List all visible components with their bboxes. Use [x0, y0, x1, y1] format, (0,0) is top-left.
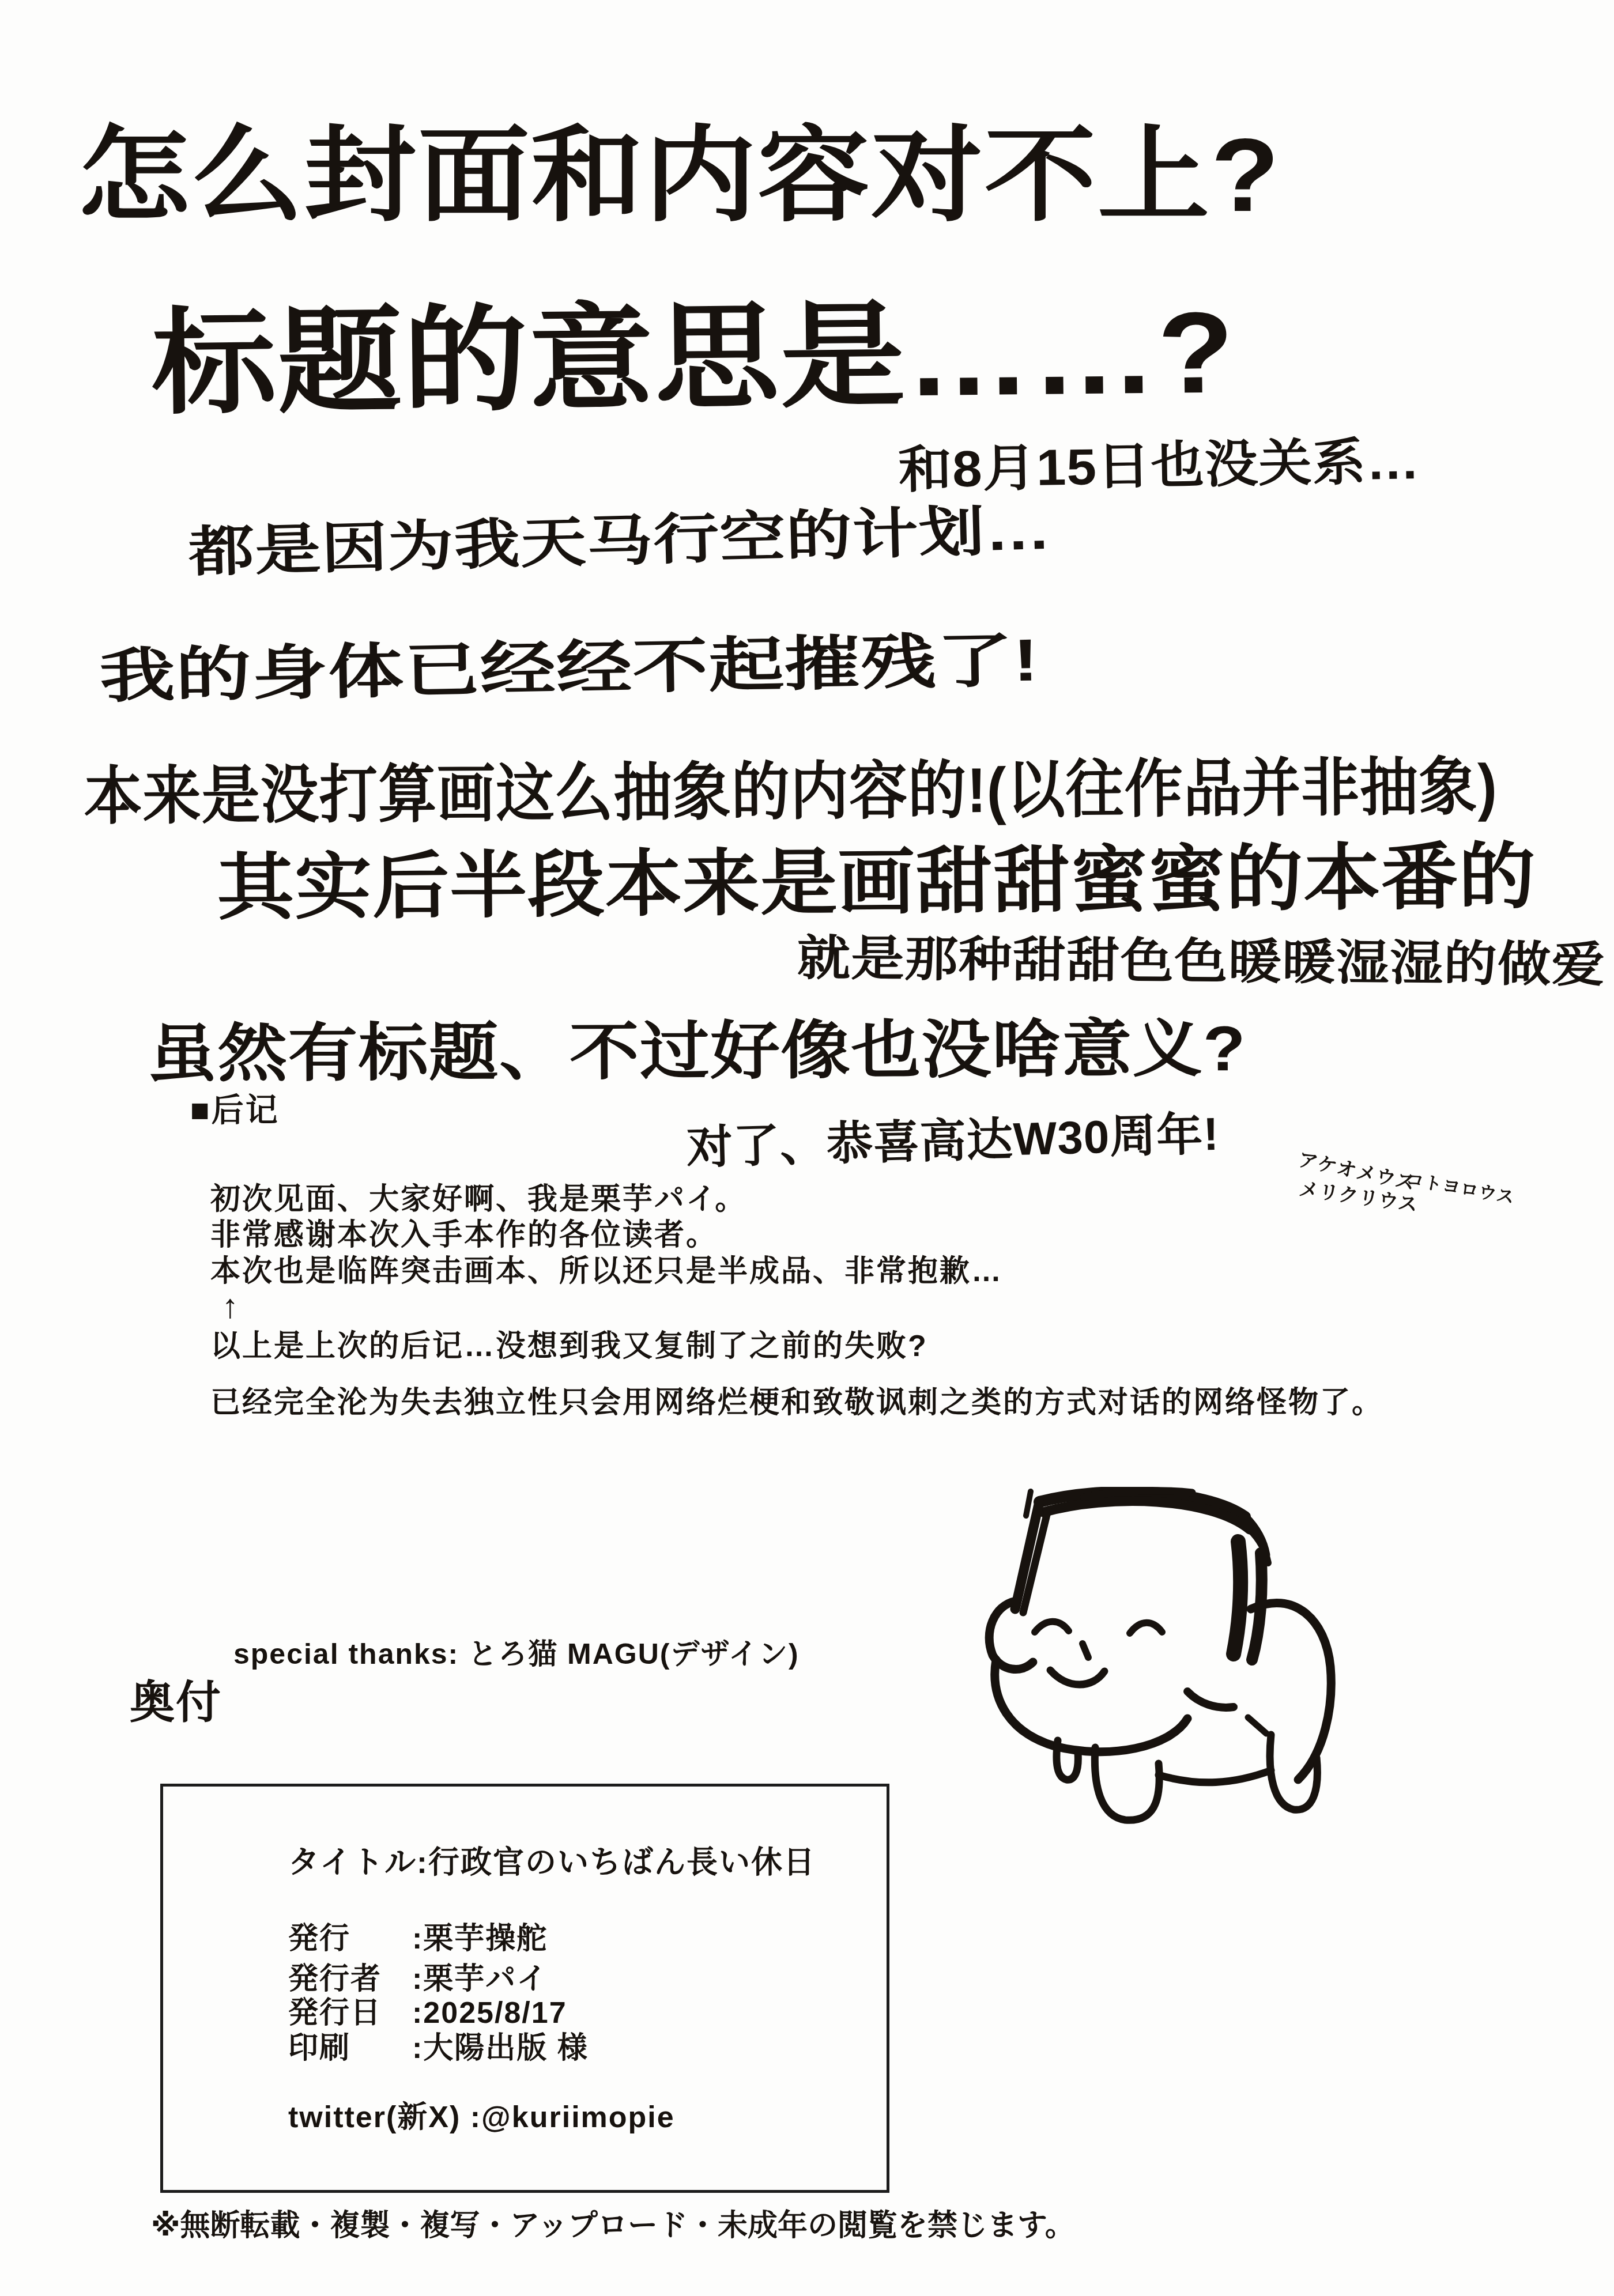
afterword-line-3: 本次也是临阵突击画本、所以还只是半成品、非常抱歉…: [210, 1256, 1003, 1286]
note-body: 我的身体已经经不起摧残了!: [99, 630, 1039, 706]
afterword-heading: ■后记: [190, 1094, 280, 1126]
afterword-line-1: 初次见面、大家好啊、我是栗芋パイ。: [210, 1184, 746, 1214]
headline-line-1: 怎么封面和内容对不上?: [78, 124, 1281, 228]
colophon-row-label: 印刷: [288, 2033, 350, 2063]
colophon-row-value: :大陽出版 様: [412, 2033, 589, 2063]
note-abstract: 本来是没打算画这么抽象的内容的!(以往作品并非抽象): [84, 756, 1498, 829]
headline-line-2: 标题的意思是……?: [151, 295, 1235, 422]
afterword-line-2: 非常感谢本次入手本作的各位读者。: [210, 1220, 718, 1250]
note-plan: 都是因为我天马行空的计划…: [188, 503, 1053, 580]
arrow-up-mark: ↑: [222, 1290, 240, 1323]
scribble-kotoyorous: コトヨロウス: [1405, 1170, 1517, 1207]
special-thanks: special thanks: とろ猫 MAGU(デザイン): [233, 1640, 800, 1668]
afterword-monster-line: 已经完全沦为失去独立性只会用网络烂梗和致敬讽刺之类的方式对话的网络怪物了。: [210, 1388, 1383, 1418]
note-sweet: 其实后半段本来是画甜甜蜜蜜的本番的: [217, 840, 1537, 924]
afterword-line-4: 以上是上次的后记…没想到我又复制了之前的失败?: [210, 1331, 928, 1361]
colophon-twitter-row: twitter(新X) :@kuriimopie: [288, 2102, 675, 2132]
colophon-heading: 奥付: [130, 1680, 222, 1725]
colophon-row-label: 発行: [288, 1924, 350, 1954]
mascot-doodle-illustration: [980, 1487, 1337, 1827]
colophon-row-value: :栗芋パイ: [412, 1964, 548, 1994]
note-aug15: 和8月15日也没关系…: [898, 436, 1420, 496]
colophon-row-value: :栗芋操舵: [412, 1924, 548, 1954]
afterword-page: 怎么封面和内容对不上? 标题的意思是……? 和8月15日也没关系… 都是因为我天…: [0, 0, 1614, 2296]
colophon-title-row: タイトル:行政官のいちばん長い休日: [288, 1847, 816, 1878]
colophon-row-label: 発行日: [288, 1998, 382, 2028]
note-sweet-sub: 就是那种甜甜色色暖暖湿湿的做爱: [797, 934, 1605, 989]
footer-notice: ※無断転載・複製・複写・アップロード・未成年の閲覧を禁じます。: [151, 2211, 1075, 2241]
note-gundam: 对了、恭喜高达W30周年!: [686, 1111, 1220, 1171]
note-title-meaning: 虽然有标题、不过好像也没啥意义?: [147, 1017, 1246, 1086]
colophon-row-value: :2025/8/17: [412, 1998, 567, 2028]
colophon-row-label: 発行者: [288, 1964, 382, 1994]
